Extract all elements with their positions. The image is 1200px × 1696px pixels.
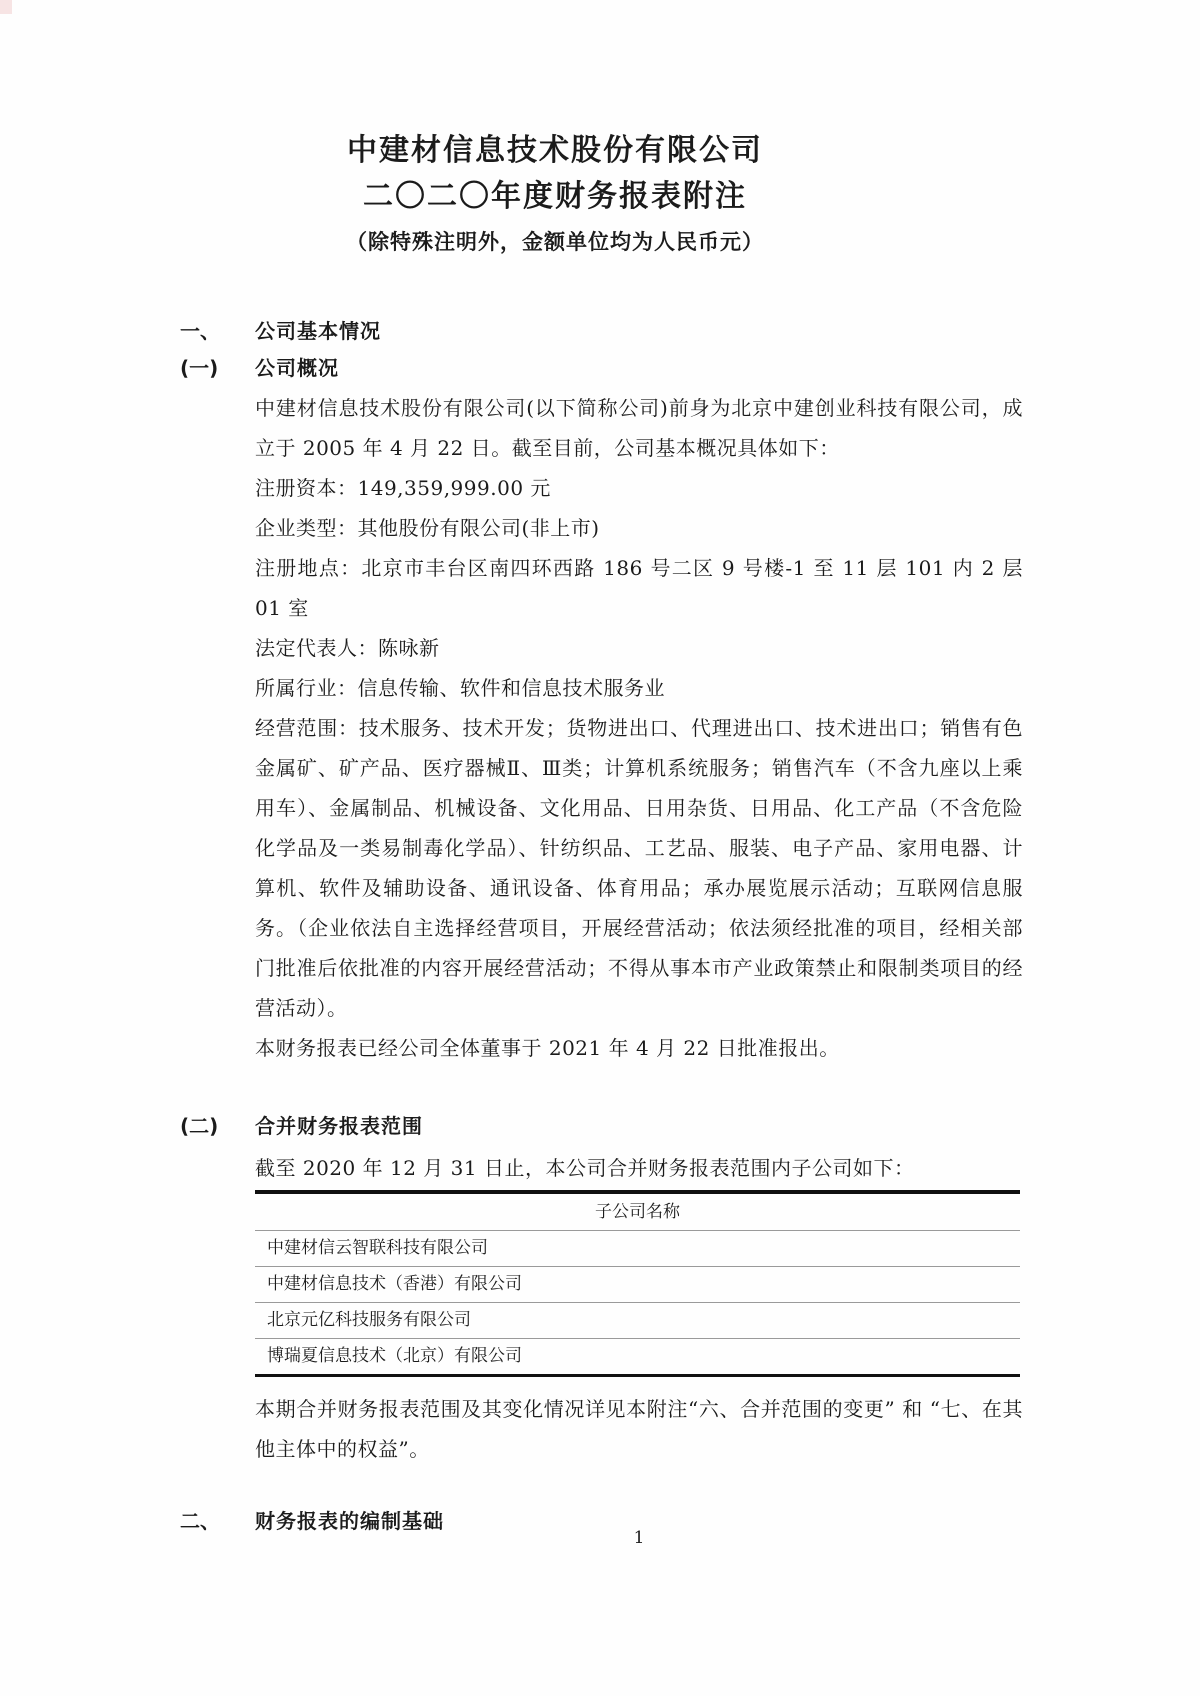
subsection-1-1-heading: (一) 公司概况	[0, 354, 1200, 382]
para-registered-address: 注册地点：北京市丰台区南四环西路 186 号二区 9 号楼-1 至 11 层 1…	[255, 548, 1023, 628]
report-title: 二〇二〇年度财务报表附注	[90, 174, 1020, 220]
para-company-history: 中建材信息技术股份有限公司(以下简称公司)前身为北京中建创业科技有限公司，成立于…	[255, 388, 1023, 468]
subsection-1-1-title: 公司概况	[255, 354, 339, 382]
table-header-subsidiary-name: 子公司名称	[255, 1194, 1020, 1231]
table-row: 中建材信息技术（香港）有限公司	[255, 1267, 1020, 1303]
section-1-heading: 一、 公司基本情况	[0, 317, 1200, 345]
para-enterprise-type: 企业类型：其他股份有限公司(非上市)	[255, 508, 1023, 548]
subsidiary-table: 子公司名称 中建材信云智联科技有限公司 中建材信息技术（香港）有限公司 北京元亿…	[255, 1190, 1020, 1377]
currency-note: （除特殊注明外，金额单位均为人民币元）	[90, 222, 1020, 262]
subsection-1-2-heading: (二) 合并财务报表范围	[0, 1112, 1200, 1140]
para-approval-date: 本财务报表已经公司全体董事于 2021 年 4 月 22 日批准报出。	[255, 1028, 1023, 1068]
consolidation-body: 截至 2020 年 12 月 31 日止，本公司合并财务报表范围内子公司如下： …	[255, 1148, 1023, 1469]
section-1-title: 公司基本情况	[255, 317, 381, 345]
page-number: 1	[255, 1528, 1023, 1548]
consolidation-note: 本期合并财务报表范围及其变化情况详见本附注“六、合并范围的变更” 和 “七、在其…	[255, 1389, 1023, 1469]
scan-artifact	[0, 0, 12, 14]
subsection-1-1-number: (一)	[180, 354, 255, 382]
table-row: 中建材信云智联科技有限公司	[255, 1231, 1020, 1267]
consolidation-intro: 截至 2020 年 12 月 31 日止，本公司合并财务报表范围内子公司如下：	[255, 1148, 1023, 1188]
para-registered-capital: 注册资本：149,359,999.00 元	[255, 468, 1023, 508]
para-industry: 所属行业：信息传输、软件和信息技术服务业	[255, 668, 1023, 708]
subsection-1-2-number: (二)	[180, 1112, 255, 1140]
company-name: 中建材信息技术股份有限公司	[90, 128, 1020, 174]
para-legal-representative: 法定代表人：陈咏新	[255, 628, 1023, 668]
document-header: 中建材信息技术股份有限公司 二〇二〇年度财务报表附注 （除特殊注明外，金额单位均…	[90, 0, 1020, 262]
table-row: 博瑞夏信息技术（北京）有限公司	[255, 1339, 1020, 1374]
para-business-scope: 经营范围：技术服务、技术开发；货物进出口、代理进出口、技术进出口；销售有色金属矿…	[255, 708, 1023, 1028]
section-1-number: 一、	[180, 317, 255, 345]
subsection-1-2-title: 合并财务报表范围	[255, 1112, 423, 1140]
table-row: 北京元亿科技服务有限公司	[255, 1303, 1020, 1339]
section-2-number: 二、	[180, 1507, 255, 1535]
company-overview-body: 中建材信息技术股份有限公司(以下简称公司)前身为北京中建创业科技有限公司，成立于…	[255, 388, 1023, 1068]
document-page: 中建材信息技术股份有限公司 二〇二〇年度财务报表附注 （除特殊注明外，金额单位均…	[0, 0, 1200, 1696]
